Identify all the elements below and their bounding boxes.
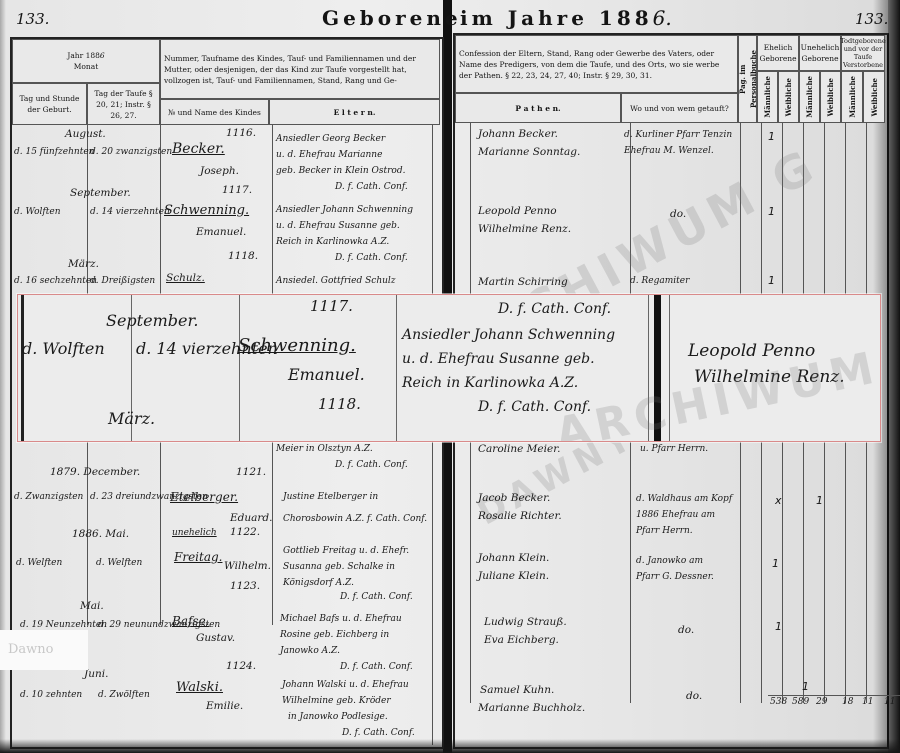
entry-surname: Etelberger.: [170, 490, 238, 504]
entry-parents-line: Meier in Olsztyn A.Z.: [276, 444, 373, 454]
overlay-birth: d. Wolften: [22, 339, 105, 358]
entry-godparent: Martin Schirring: [478, 276, 568, 288]
entry-number: 1123.: [230, 580, 260, 592]
entry-godparent: Rosalie Richter.: [478, 510, 562, 522]
entry-godparent: Wilhelmine Renz.: [478, 223, 571, 235]
page-edge-shadow: [888, 0, 900, 753]
overlay-col-rule: [239, 295, 240, 441]
count-mark: x: [775, 494, 782, 507]
entry-godparent: Johann Becker.: [478, 128, 558, 140]
entry-parents-line: D. f. Cath. Conf.: [335, 253, 408, 263]
overlay-next-month: März.: [108, 409, 155, 428]
header-birth-day-hour: Tag und Stunde der Geburt.: [12, 83, 87, 125]
header-where-by-whom: Wo und von wem getauft?: [621, 93, 738, 123]
entry-given-name: Joseph.: [200, 165, 239, 177]
header-illegit-male: Männliche: [799, 71, 820, 123]
entry-baptized-by: u. Pfarr Herrn.: [640, 444, 708, 454]
header-stillborn-female: Weibliche: [863, 71, 885, 123]
entry-surname: Schulz.: [166, 272, 205, 284]
entry-baptism: d. Welften: [96, 558, 142, 568]
entry-baptized-by: 1886 Ehefrau am: [636, 510, 715, 520]
count-mark: 1: [772, 557, 779, 570]
entry-baptism: d. Zwölften: [98, 690, 150, 700]
entry-birth: d. Welften: [16, 558, 62, 568]
entry-parents-line: Susanna geb. Schalke in: [283, 562, 395, 572]
entry-godparent: Marianne Buchholz.: [478, 702, 585, 714]
header-baptism-day: Tag der Taufe § 20, 21; Instr. § 26, 27.: [87, 83, 160, 125]
entry-month: März.: [68, 258, 99, 270]
entry-godparent: Jacob Becker.: [478, 492, 550, 504]
entry-parents-line: Chorosbowin A.Z. f. Cath. Conf.: [283, 514, 427, 524]
entry-number: 1117.: [222, 184, 252, 196]
overlay-entry-number: 1117.: [310, 297, 353, 315]
header-register-description-right: Confession der Eltern, Stand, Rang oder …: [455, 35, 738, 93]
magnified-entry-overlay: September. d. Wolften d. 14 vierzehnten …: [17, 294, 881, 442]
entry-number: 1122.: [230, 526, 260, 538]
entry-parents-line: D. f. Cath. Conf.: [340, 592, 413, 602]
overlay-month: September.: [106, 311, 198, 330]
entry-godparent: Leopold Penno: [478, 205, 557, 217]
entry-given-name: Emanuel.: [196, 226, 246, 238]
overlay-parents-line: Reich in Karlinowka A.Z.: [402, 375, 578, 391]
header-godparents: P a t h e n.: [455, 93, 621, 123]
title-right: im Jahre 1886.: [460, 6, 672, 30]
header-register-description-left: Nummer, Taufname des Kindes, Tauf- und F…: [160, 39, 440, 99]
total-illegit-male: 29: [816, 697, 827, 707]
entry-surname: Walski.: [176, 680, 223, 695]
entry-baptized-by: d. Kurliner Pfarr Tenzin: [624, 130, 732, 140]
header-legitimate: Ehelich Geborene: [757, 35, 799, 71]
entry-parents-line: Wilhelmine geb. Kröder: [282, 696, 391, 706]
entry-month: August.: [65, 128, 106, 140]
entry-parents-line: Michael Bafs u. d. Ehefrau: [280, 614, 402, 624]
total-stillborn-female: 11: [884, 697, 895, 707]
entry-parents-line: D. f. Cath. Conf.: [342, 728, 415, 738]
entry-godparent: Eva Eichberg.: [484, 634, 559, 646]
overlay-parents-line: D. f. Cath. Conf.: [498, 301, 611, 317]
entry-baptized-by: do.: [670, 208, 686, 220]
entry-godparent: Juliane Klein.: [478, 570, 549, 582]
entry-parents-line: Ansiedler Johann Schwenning: [276, 205, 413, 215]
entry-parents-line: D. f. Cath. Conf.: [335, 182, 408, 192]
entry-parents-line: Gottlieb Freitag u. d. Ehefr.: [283, 546, 409, 556]
archive-stamp-patch: Dawno: [0, 630, 88, 670]
entry-baptized-by: Pfarr Herrn.: [636, 526, 693, 536]
total-legit-female: 589: [792, 697, 809, 707]
entry-parents-line: Justine Etelberger in: [283, 492, 378, 502]
entry-baptized-by: d. Waldhaus am Kopf: [636, 494, 732, 504]
header-stillborn: Todtgeborene und vor der Taufe Verstorbe…: [841, 35, 885, 71]
entry-given-name: Emilie.: [206, 700, 243, 712]
entry-parents-line: Ansiedler Georg Becker: [276, 134, 385, 144]
entry-godparent: Johann Klein.: [478, 552, 549, 564]
title-left: Geborene: [322, 6, 462, 30]
overlay-frame-rule: [21, 295, 24, 441]
header-illegitimate: Unehelich Geborene: [799, 35, 841, 71]
entry-birth: d. 16 sechzehnten: [14, 276, 97, 286]
header-parents: E l t e r n.: [269, 99, 440, 125]
entry-month: 1879. December.: [50, 466, 140, 478]
entry-baptized-by: do.: [686, 690, 702, 702]
page-number-right: 133.: [855, 10, 888, 28]
entry-month: September.: [70, 187, 131, 199]
entry-godparent: Marianne Sonntag.: [478, 146, 580, 158]
entry-parents-line: D. f. Cath. Conf.: [340, 662, 413, 672]
entry-parents-line: Königsdorf A.Z.: [283, 578, 354, 588]
total-stillborn-male: 11: [862, 697, 873, 707]
count-mark: 1: [816, 494, 823, 507]
entry-birth: d. 19 Neunzehnten: [20, 620, 107, 630]
entry-surname: Freitag.: [174, 550, 222, 564]
entry-parents-line: in Janowko Podlesige.: [288, 712, 388, 722]
entry-number: 1121.: [236, 466, 266, 478]
totals-rule: [768, 695, 900, 696]
overlay-col-rule: [396, 295, 397, 441]
overlay-parents-line: u. d. Ehefrau Susanne geb.: [402, 351, 595, 367]
entry-baptism: d. 20 zwanzigsten: [90, 147, 172, 157]
entry-baptism: d. Dreißigsten: [90, 276, 155, 286]
count-mark: 1: [768, 205, 775, 218]
header-legit-male: Männliche: [757, 71, 778, 123]
entry-godparent: Samuel Kuhn.: [480, 684, 554, 696]
entry-number: 1116.: [226, 127, 256, 139]
total-illegit-female: 18: [842, 697, 853, 707]
header-legit-female: Weibliche: [778, 71, 799, 123]
count-mark: 1: [768, 130, 775, 143]
entry-birth: d. 10 zehnten: [20, 690, 82, 700]
entry-parents-line: D. f. Cath. Conf.: [335, 460, 408, 470]
entry-baptism: d. 14 vierzehnten: [90, 207, 170, 217]
entry-baptized-by: d. Janowko am: [636, 556, 703, 566]
entry-godparent: Caroline Meier.: [478, 443, 560, 455]
count-mark: 1: [802, 680, 809, 693]
entry-parents-line: Johann Walski u. d. Ehefrau: [282, 680, 409, 690]
entry-number: 1118.: [228, 250, 258, 262]
total-legit-male: 538: [770, 697, 787, 707]
entry-note: unehelich: [172, 528, 217, 538]
entry-parents-line: Rosine geb. Eichberg in: [280, 630, 389, 640]
entry-surname: Bafse.: [172, 614, 210, 628]
entry-surname: Becker.: [172, 141, 225, 157]
entry-given-name: Eduard.: [230, 512, 273, 524]
entry-parents-line: Ansiedel. Gottfried Schulz: [276, 276, 396, 286]
page-number-left: 133.: [16, 10, 49, 28]
overlay-surname: Schwenning.: [238, 335, 356, 356]
entry-number: 1124.: [226, 660, 256, 672]
entry-given-name: Wilhelm.: [224, 560, 271, 572]
header-child-number-name: № und Name des Kindes: [160, 99, 269, 125]
entry-birth: d. 15 fünfzehnten: [14, 147, 94, 157]
entry-parents-line: Janowko A.Z.: [280, 646, 340, 656]
header-year-month: Jahr 1886 Monat: [12, 39, 160, 83]
entry-birth: d. Wolften: [14, 207, 61, 217]
entry-baptized-by: do.: [678, 624, 694, 636]
entry-birth: d. Zwanzigsten: [14, 492, 83, 502]
entry-month: Mai.: [80, 600, 104, 612]
entry-given-name: Gustav.: [196, 632, 235, 644]
count-mark: 1: [775, 620, 782, 633]
entry-parents-line: geb. Becker in Klein Ostrod.: [276, 166, 405, 176]
entry-baptized-by: Pfarr G. Dessner.: [636, 572, 714, 582]
overlay-parents-line: Ansiedler Johann Schwenning: [402, 327, 615, 343]
header-stillborn-male: Männliche: [841, 71, 863, 123]
scan-bottom-shadow: [0, 739, 900, 753]
entry-godparent: Ludwig Strauß.: [484, 616, 567, 628]
entry-baptized-by: Ehefrau M. Wenzel.: [624, 146, 714, 156]
overlay-next-number: 1118.: [318, 395, 361, 413]
entry-parents-line: u. d. Ehefrau Marianne: [276, 150, 382, 160]
count-mark: 1: [768, 274, 775, 287]
overlay-given-name: Emanuel.: [288, 365, 365, 384]
header-pag-personalbuch: Pag. im Personalbuche: [738, 35, 757, 123]
header-illegit-female: Weibliche: [820, 71, 841, 123]
entry-baptized-by: d. Regamiter: [630, 276, 689, 286]
entry-surname: Schwenning.: [164, 203, 249, 218]
entry-parents-line: Reich in Karlinowka A.Z.: [276, 237, 389, 247]
entry-month: 1886. Mai.: [72, 528, 129, 540]
entry-parents-line: u. d. Ehefrau Susanne geb.: [276, 221, 400, 231]
